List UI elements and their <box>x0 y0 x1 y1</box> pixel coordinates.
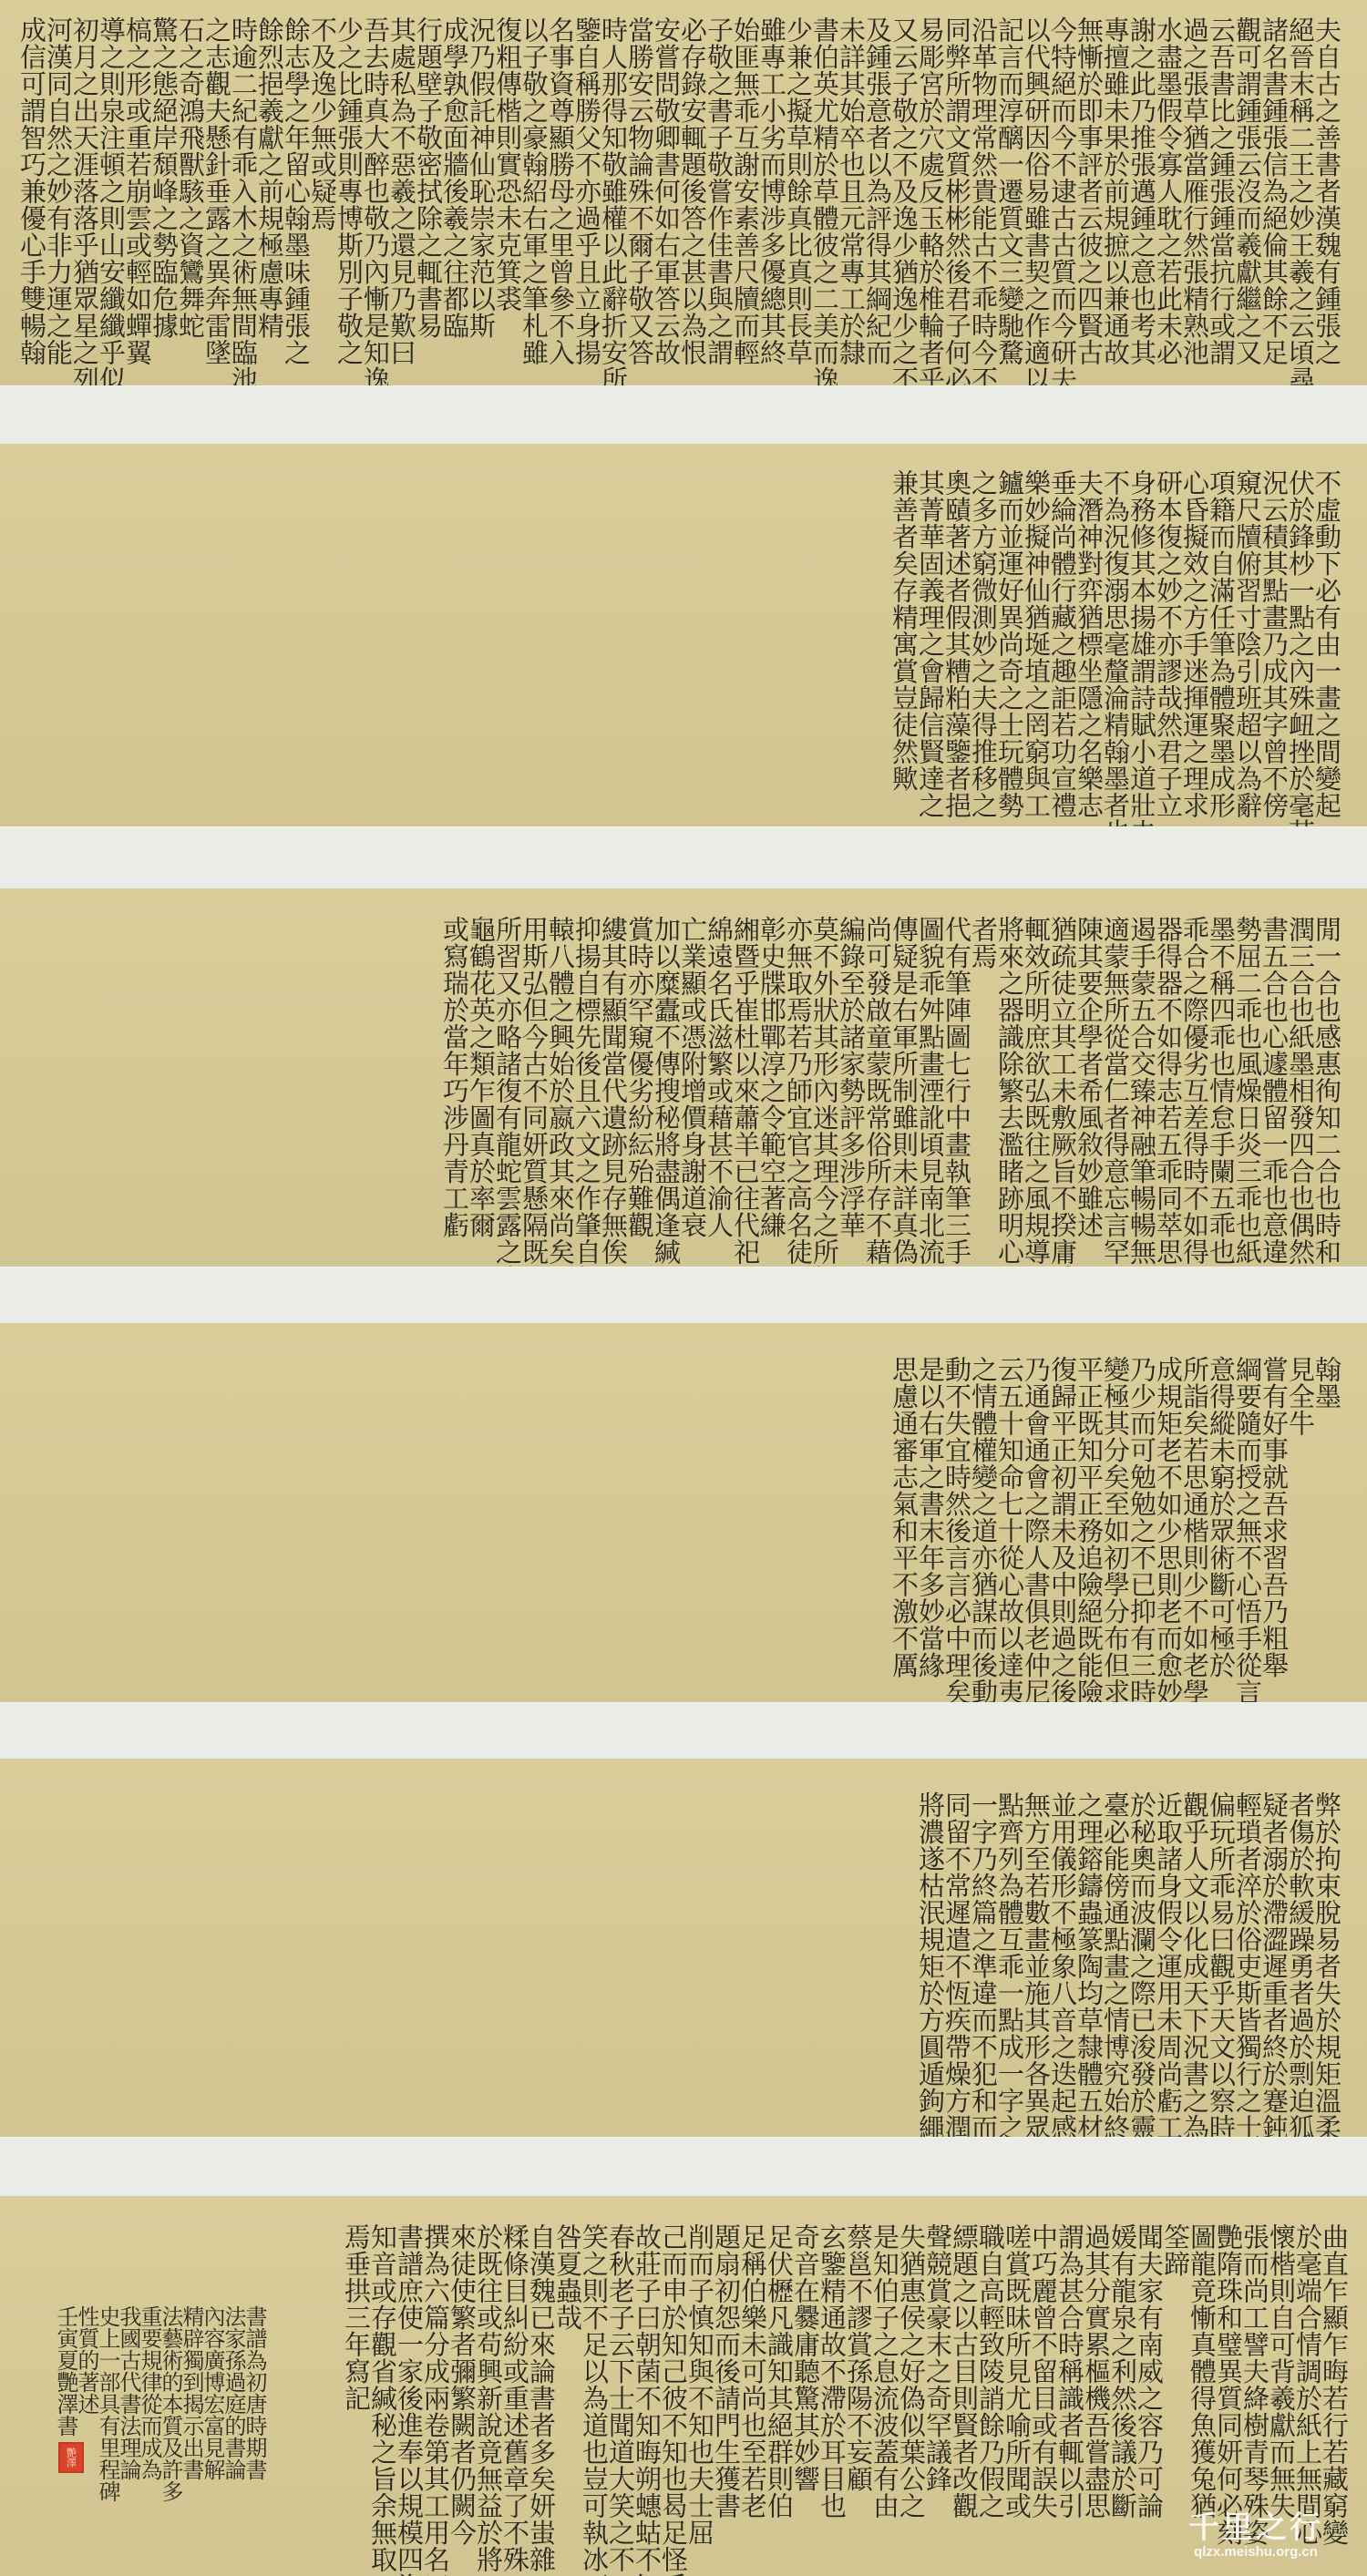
text-column: 書五合也心遽體留一乖也意違 <box>1260 916 1287 1253</box>
calligraphy-panel-5: 弊於拘束脫易者失於規矩溫柔者傷於軟緩躁勇者過於剽迫狐疑者溺於滯澀遲重者終於蹇鈍輕… <box>0 1759 1367 2137</box>
panel-text: 夫自古之善書者漢魏有鍾張之絕晉末稱二王之妙王羲之云頃尋諸名書鍾張信為絕倫其餘不足… <box>18 16 1340 372</box>
text-column: 潤三合也紙墨相發四合也偶然欲 <box>1287 916 1313 1253</box>
text-column: 焉垂拱三年寫記 <box>343 2223 369 2542</box>
colophon-column: 法藝術的本質及許多 <box>159 2305 180 2515</box>
text-column: 來徒使繁者彌繁闕者仍闕今 <box>448 2223 475 2542</box>
text-column: 吾去時真大醉也敬乃內慚是知逸 <box>362 16 388 372</box>
text-column: 少兼之擬草則餘真比真則長草 <box>785 16 811 372</box>
separator-band <box>0 826 1367 890</box>
text-column: 樂妙擬神仙猶埏埴之罔窮與工 <box>1023 469 1049 806</box>
text-column: 不及逸少無或疑焉 <box>309 16 335 372</box>
text-column: 書伯英尤精於草體彼之二美而逸 <box>811 16 838 372</box>
text-column: 張而尚工譬夫絳樹青琴殊姿 <box>1241 2223 1268 2542</box>
text-column: 聲競賞豪末之奇罕議鋒 <box>924 2223 951 2542</box>
text-column: 研本復之妙不亦謬哉然君子立 <box>1155 469 1181 806</box>
watermark-logo-text: 千里之行 <box>1188 2511 1323 2544</box>
text-column: 之理鎔鑄蟲篆陶均草隸體五材 <box>1075 1791 1102 2119</box>
text-column: 偏玩所乖易曰觀乎天文以察時變 <box>1208 1791 1234 2119</box>
text-column: 墨不稱四乖也情怠手闌五乖也 <box>1208 916 1234 1253</box>
text-column: 者焉 <box>970 916 996 1253</box>
colophon-column: 重要規律從而成為 <box>139 2305 159 2515</box>
text-column: 無慚於即事評者云彼之四賢古 <box>1075 16 1102 372</box>
text-column: 當勝安云物論殊不爾子敬又答 <box>626 16 653 372</box>
text-column: 題扇初怨而後請門生獲書 <box>713 2223 739 2542</box>
text-column: 適蒙無所從當仁者得意忘言罕 <box>1102 916 1128 1253</box>
text-column: 嗟賞既昧所見尤喻所聞或 <box>1003 2223 1030 2542</box>
text-column: 奧賾著述者假其糟粕藻鑒者挹 <box>943 469 970 806</box>
text-column: 子敬之書子敬嘗作佳書與之謂 <box>705 16 732 372</box>
text-column: 行題壁子敬密拭除之輒書易 <box>415 16 441 372</box>
text-column: 亦無取焉若乃師宜官之高名徒 <box>785 916 811 1253</box>
text-column: 動不失宜時然後言言必中理矣 <box>943 1356 970 1684</box>
text-column: 云吾書比之鍾張鍾當抗行或謂 <box>1208 16 1234 372</box>
text-column: 賞時亦罕窺優劣紛紜殆難觀 <box>626 916 653 1253</box>
text-column: 時逾二紀有乖入木之術無間臨池 <box>230 16 256 372</box>
text-column: 觀可謂鍾張云沒而羲獻繼之又 <box>1234 16 1260 372</box>
text-column: 同留不常遲遣不恆疾帶燥方潤 <box>943 1791 970 2119</box>
text-column: 曲直乍顯乍晦若行若藏窮變 <box>1321 2223 1347 2542</box>
text-column: 中巧麗曾不留目或有誤失 <box>1030 2223 1056 2542</box>
text-column: 是以右軍之書末年多妙當緣 <box>917 1356 943 1684</box>
text-column: 自漢魏已來論書者多矣妍蚩雜 <box>528 2223 554 2542</box>
text-column: 己而申於知己彼不知也曷足怪乎 <box>660 2223 686 2542</box>
text-column: 專擅雖未果於前規摭以兼通故 <box>1102 16 1128 372</box>
text-column: 縹題之以古目則賢者改觀 <box>951 2223 977 2542</box>
colophon-column: 書譜為初唐時期書 <box>243 2305 264 2515</box>
text-column: 心昏擬效之方手迷揮運之理求 <box>1181 469 1208 806</box>
calligraphy-panel-3: 閒一合也感惠徇知二合也時和氣潤三合也紙墨相發四合也偶然欲書五合也心遽體留一乖也意… <box>0 888 1367 1267</box>
text-column: 夫潛神對弈猶標坐隱之名樂志 <box>1075 469 1102 806</box>
calligraphy-panel-1: 夫自古之善書者漢魏有鍾張之絕晉末稱二王之妙王羲之云頃尋諸名書鍾張信為絕倫其餘不足… <box>0 0 1367 385</box>
text-column: 撰為六篇分成兩卷第其工用名曰 <box>422 2223 448 2542</box>
text-column: 疑者溺於滯澀遲重者終於蹇鈍 <box>1260 1791 1287 2119</box>
text-column: 抑揚自標先後且六文之作肇自軒 <box>573 916 600 1253</box>
text-column: 易彫宮於穴處反玉輅於椎輪者乎 <box>917 16 943 372</box>
text-column: 蔡邕不謬賞孫陽不妄顧 <box>845 2223 871 2542</box>
text-column: 沿革物理常然貴能古不乖時今不 <box>970 16 996 372</box>
text-column: 職自高輕致陵誚餘乃假之 <box>977 2223 1003 2542</box>
text-column: 轅八體之興始於嬴政其來尚矣厥 <box>547 916 573 1253</box>
text-column: 閒一合也感惠徇知二合也時和氣 <box>1313 916 1340 1253</box>
colophon-column: 法家孫過庭的書論 <box>222 2305 243 2515</box>
text-column: 雖專工小劣而博涉多優總其終 <box>758 16 785 372</box>
text-column: 餘志學之年留心翰墨味鍾張之 <box>283 16 309 372</box>
text-column: 足稱伯樂未可尚也至若老 <box>739 2223 766 2542</box>
text-column: 安嘗問敬卿書何如右軍答云故 <box>653 16 679 372</box>
text-column: 其處私為不惡羲之還見乃歎曰 <box>388 16 415 372</box>
text-column: 及鍾張意者以為評得其綱紀而 <box>864 16 890 372</box>
text-column: 槁之形或重若崩雲或輕如蟬翼 <box>124 16 150 372</box>
text-column: 成學孰愈面牆後羲之往都臨 <box>441 16 468 372</box>
text-column: 聞夫家有南威之容乃可論 <box>1136 2223 1162 2542</box>
text-column: 見全牛 <box>1287 1356 1313 1684</box>
text-column: 導之則泉注頓之則山安纖纖乎似 <box>98 16 124 372</box>
text-column: 玄鑒精通故不滯於耳目也 <box>818 2223 845 2542</box>
colophon-column: 精辟獨到揭示出書 <box>180 2305 201 2515</box>
text-column: 輒效所明庶欲弘既往之風規導 <box>1023 916 1049 1253</box>
text-column: 咎夏蟲哉 <box>554 2223 581 2542</box>
text-column: 河漢同自然之妙有非力運之能 <box>45 16 71 372</box>
text-column: 弊於拘束脫易者失於規矩溫柔 <box>1313 1791 1340 2119</box>
text-column: 不虛動下必有由一畫之間變起 <box>1313 469 1340 806</box>
text-column: 伏於鋒杪一點之內殊衄挫於毫芒 <box>1287 469 1313 806</box>
text-column: 絕晉末稱二王之妙王羲之云頃尋 <box>1287 16 1313 372</box>
text-column: 同弊所謂文質彬彬然後君子何必 <box>943 16 970 372</box>
text-column: 彰史牒邯鄲淳之令範空著縑 <box>758 916 785 1253</box>
text-column: 意得縱未窮於眾術斷可極於 <box>1208 1356 1234 1684</box>
text-column: 綱要隨而授之無不心悟手從言忘 <box>1234 1356 1260 1684</box>
text-column: 變極其分矣至如初學分布但求 <box>1102 1356 1128 1684</box>
text-column: 乃通會通會之際人書俱老仲尼 <box>1023 1356 1049 1684</box>
colophon-column: 史上一部具有里程碑 <box>97 2305 118 2515</box>
text-column: 驚之態絕岸頹峰之勢臨危據 <box>150 16 177 372</box>
text-column: 乖合之際優劣互差得時不如得 <box>1181 916 1208 1253</box>
text-column: 窺尺牘俯習寸陰引班超以為辭 <box>1234 469 1260 806</box>
text-column: 春秋老子云下士聞道大笑之不 <box>607 2223 633 2542</box>
colophon-column: 性質的著述 <box>76 2305 97 2515</box>
text-column: 龜鶴花英之類乍圖真於率爾 <box>468 916 494 1253</box>
text-column: 始匪無乖互謝安素善尺牘而輕 <box>732 16 758 372</box>
text-column: 記言而淳醨一遷質文三變馳騖 <box>996 16 1023 372</box>
text-column: 夫自古之善書者漢魏有鍾張之 <box>1313 16 1340 372</box>
text-column: 緗暨乎崔杜以來蕭羊已往代祀 <box>732 916 758 1253</box>
text-column: 之志觀夫懸針垂露之異奔雷墜 <box>203 16 230 372</box>
text-column: 綿遠名氏滋繁或藉甚不渝人 <box>705 916 732 1253</box>
text-column: 其菁華固義理之會歸信賢達之 <box>917 469 943 806</box>
text-column: 加以糜蠹不傳搜秘將盡偶逢緘 <box>653 916 679 1253</box>
text-column: 名事資尊顯勝母之里曾參不入 <box>547 16 573 372</box>
text-column: 莫不外狀其形內迷其理今之所撰 <box>811 916 838 1253</box>
text-column: 餘烈挹羲獻之前規極慮專精 <box>256 16 283 372</box>
text-column: 之情體權變之道亦猶謀而後動 <box>970 1356 996 1684</box>
text-column: 石之奇鴻飛獸駭之資鸞舞蛇 <box>177 16 203 372</box>
panel-text: 閒一合也感惠徇知二合也時和氣潤三合也紙墨相發四合也偶然欲書五合也心遽體留一乖也意… <box>441 916 1340 1253</box>
text-column: 將濃遂枯泯規矩於方圓遁鉤繩之 <box>917 1791 943 2119</box>
text-column: 圖龍竟慚真體得魚獲兔猶 <box>1188 2223 1215 2542</box>
text-column: 近取諸身假令運用未周尚虧工 <box>1155 1791 1181 2119</box>
text-column: 一字乃終篇之準違而不犯和而不 <box>970 1791 996 2119</box>
text-column: 奇音在爨庸聽驚其妙響 <box>792 2223 818 2542</box>
text-column: 媛有龍泉之利然後議於斷 <box>1109 2223 1136 2542</box>
text-column: 今特絕而今不逮古古質而今研夫質 <box>1049 16 1075 372</box>
calligraphy-panel-4: 翰墨見全牛嘗有好事就吾求習吾乃粗舉綱要隨而授之無不心悟手從言忘意得縱未窮於眾術斷… <box>0 1323 1367 1702</box>
text-column: 故莊子曰朝菌不知晦朔蟪蛄不知 <box>633 2223 660 2542</box>
text-column: 以代興研因俗易雖書契之作適以 <box>1023 16 1049 372</box>
text-column: 將來之器識除繁去濫睹跡明心 <box>996 916 1023 1253</box>
text-column: 遏手蒙五合交臻神融筆暢暢無不 <box>1128 916 1155 1253</box>
text-column: 平正既知平正務追險絕既能險絕 <box>1075 1356 1102 1684</box>
colophon-column: 壬寅夏艷澤書 <box>55 2305 76 2515</box>
text-column: 笑之則不足以為道也豈可執冰而 <box>581 2223 607 2542</box>
text-column: 鑪而並運好異尚奇之士玩體勢 <box>996 469 1023 806</box>
text-column: 縷其有顯聞當代遺跡見存無俟 <box>600 916 626 1253</box>
text-column: 兼善者矣存精寓賞豈徒然歟 <box>890 469 917 806</box>
text-column: 少之比鍾張則專博斯別子敬之 <box>335 16 362 372</box>
text-column: 知音或存觀省緘秘之旨余無取 <box>369 2223 396 2542</box>
text-column: 足伏櫪凡識知其絕群則伯 <box>766 2223 792 2542</box>
text-column: 鑒自稱勝父不亦過乎且立身揚 <box>573 16 600 372</box>
text-column: 云五十知命七十從心故以達夷險 <box>996 1356 1023 1684</box>
text-column: 所詣矣若思通楷則少不如老學 <box>1181 1356 1208 1684</box>
text-column: 糅條目糾紛或重述舊章了不殊 <box>501 2223 528 2542</box>
text-column: 勢屈二乖也風燥日炎三乖也紙 <box>1234 916 1260 1253</box>
text-column: 者傷於軟緩躁勇者過於剽迫狐 <box>1287 1791 1313 2119</box>
text-column: 亡業顯或憑附增價身謝道衰 <box>679 916 705 1253</box>
text-column: 嘗有好事就吾求習吾乃粗舉 <box>1260 1356 1287 1684</box>
colophon-column: 內容廣博宏富見解 <box>201 2305 222 2515</box>
text-column: 謂為甚合時稱識者輒以引 <box>1056 2223 1083 2542</box>
colophon-inscription: 書譜為初唐時期書法家孫過庭的書論內容廣博宏富見解精辟獨到揭示出書法藝術的本質及許… <box>55 2305 264 2515</box>
text-column: 成信可謂智巧兼優心手雙暢翰 <box>18 16 45 372</box>
text-column: 未詳其始卒也且元常專工於隸 <box>838 16 864 372</box>
text-column: 身務修其本揚雄謂詩賦小道壯夫 <box>1128 469 1155 806</box>
separator-band <box>0 1702 1367 1760</box>
text-column: 過之張草猶當雁行然張精熟池 <box>1181 16 1208 372</box>
separator-band <box>0 2137 1367 2198</box>
calligraphy-panel-2: 不虛動下必有由一畫之間變起伏於鋒杪一點之內殊衄挫於毫芒況云積其點畫乃成其字曾不傍… <box>0 444 1367 826</box>
watermark-url: qlzx.meishu.org.cn <box>1188 2544 1323 2560</box>
text-column: 以子敬之豪翰紹右軍之筆札雖 <box>520 16 547 372</box>
separator-band <box>0 1267 1367 1325</box>
text-column: 謝之此乃推張邁鍾之意也考其 <box>1128 16 1155 372</box>
calligraphy-panel-6: 曲直乍顯乍晦若行若藏窮變於毫端合情調於紙上無間心懷楷則自可背羲獻而無失張而尚工譬… <box>0 2196 1367 2576</box>
text-column: 水盡墨假令寡人耽之若此未必 <box>1155 16 1181 372</box>
text-column: 圖貌乖舛點畫湮訛頃見南北流 <box>917 916 943 1253</box>
colophon-column: 我國古代書法理論 <box>118 2305 139 2515</box>
text-column: 不為況復溺思毫釐淪精翰墨者也 <box>1102 469 1128 806</box>
text-column: 尚可發啟童蒙既常俗所存不藉 <box>864 916 890 1253</box>
separator-band <box>0 385 1367 446</box>
text-column: 筌蹄 <box>1162 2223 1188 2542</box>
text-column: 況乃假託神仙恥崇家范以斯 <box>468 16 494 372</box>
text-column: 臺必能傍通點畫之情博究始終 <box>1102 1791 1128 2119</box>
text-column: 器得器不如得志若五乖同萃思 <box>1155 916 1181 1253</box>
text-column: 點齊列為體互乖一點成一字之規 <box>996 1791 1023 2119</box>
text-column: 初月之出天涯落落乎猶眾星之列 <box>71 16 98 372</box>
text-column: 復粗傳楷則實恐未克箕裘 <box>494 16 520 372</box>
text-column: 必存錄安輒題後答之甚以為恨 <box>679 16 705 372</box>
text-column: 於毫端合情調於紙上無間心 <box>1294 2223 1321 2542</box>
text-column: 翰墨 <box>1313 1356 1340 1684</box>
panel-text: 翰墨見全牛嘗有好事就吾求習吾乃粗舉綱要隨而授之無不心悟手從言忘意得縱未窮於眾術斷… <box>890 1356 1340 1684</box>
text-column: 編錄至於諸家勢評多涉浮華 <box>838 916 864 1253</box>
text-column: 乃少而可勉勉之不已抑有三時時然一 <box>1128 1356 1155 1684</box>
text-column: 諸名書鍾張信為絕倫其餘不足 <box>1260 16 1287 372</box>
artist-seal: 艷澤 <box>58 2442 84 2473</box>
text-column: 所習又亦略諸復有龍蛇雲露之流 <box>494 916 520 1253</box>
text-column: 時人那得知敬雖權以此辭折安所 <box>600 16 626 372</box>
text-column: 用斯弘但今古不同妍質懸隔既非 <box>520 916 547 1253</box>
text-column: 又云子敬之不及逸少猶逸少之不 <box>890 16 917 372</box>
text-column: 成規矩老不如少思則老而愈妙學 <box>1155 1356 1181 1684</box>
text-column: 並用儀形不極象八音之迭起感會 <box>1049 1791 1075 2119</box>
text-column: 過其分實累樞機吾嘗盡思 <box>1083 2223 1109 2542</box>
text-column: 書譜庶使一家後進奉以規模四海 <box>396 2223 422 2542</box>
text-column: 艷隋珠和璧異質同妍何必刻 <box>1215 2223 1241 2542</box>
text-column: 削而子慎知與不知也夫士屈 <box>686 2223 713 2542</box>
text-column: 觀乎人文以化成天下況書之為妙 <box>1181 1791 1208 2119</box>
text-column: 輕瑣者淬於俗吏斯皆獨行之士 <box>1234 1791 1260 2119</box>
site-watermark: 千里之行 qlzx.meishu.org.cn <box>1188 2511 1323 2560</box>
text-column: 況云積其點畫乃成其字曾不傍 <box>1260 469 1287 806</box>
text-column: 思慮通審志氣和平不激不厲 <box>890 1356 917 1684</box>
text-column: 無方至若數畫並施其形各異眾 <box>1023 1791 1049 2119</box>
text-column: 懷楷則自可背羲獻而無失 <box>1268 2223 1294 2542</box>
text-column: 復歸平正初謂未及中則過之後 <box>1049 1356 1075 1684</box>
panel-text: 曲直乍顯乍晦若行若藏窮變於毫端合情調於紙上無間心懷楷則自可背羲獻而無失張而尚工譬… <box>343 2223 1347 2542</box>
panel-text: 弊於拘束脫易者失於規矩溫柔者傷於軟緩躁勇者過於剽迫狐疑者溺於滯澀遲重者終於蹇鈍輕… <box>917 1791 1340 2119</box>
text-column: 垂綸尚體行藏之趣詎若功宣禮 <box>1049 469 1075 806</box>
text-column: 傳疑是右軍所制雖則未詳真偽 <box>890 916 917 1253</box>
panel-text: 不虛動下必有由一畫之間變起伏於鋒杪一點之內殊衄挫於毫芒況云積其點畫乃成其字曾不傍… <box>890 469 1340 806</box>
text-column: 失猶惠侯之好偽似葉公之 <box>898 2223 924 2542</box>
text-column: 代有筆陣圖七行中畫執筆三手 <box>943 916 970 1253</box>
text-column: 陳其要企學者希風敘妙雖述 <box>1075 916 1102 1253</box>
text-column: 項籍而自滿任筆為體聚墨成形 <box>1208 469 1234 806</box>
text-column: 於秘奧而波瀾之際已浚發於靈 <box>1128 1791 1155 2119</box>
text-column: 於既往或苟興新說竟無益於將 <box>475 2223 501 2542</box>
text-column: 猶疏徒立其工未敷厥旨不揆庸昧 <box>1049 916 1075 1253</box>
text-column: 是知伯子之息流波蓋有由 <box>871 2223 898 2542</box>
text-column: 或寫瑞於當年巧涉丹青工虧 <box>441 916 468 1253</box>
text-column: 之多方窮微測妙之夫得推移之 <box>970 469 996 806</box>
